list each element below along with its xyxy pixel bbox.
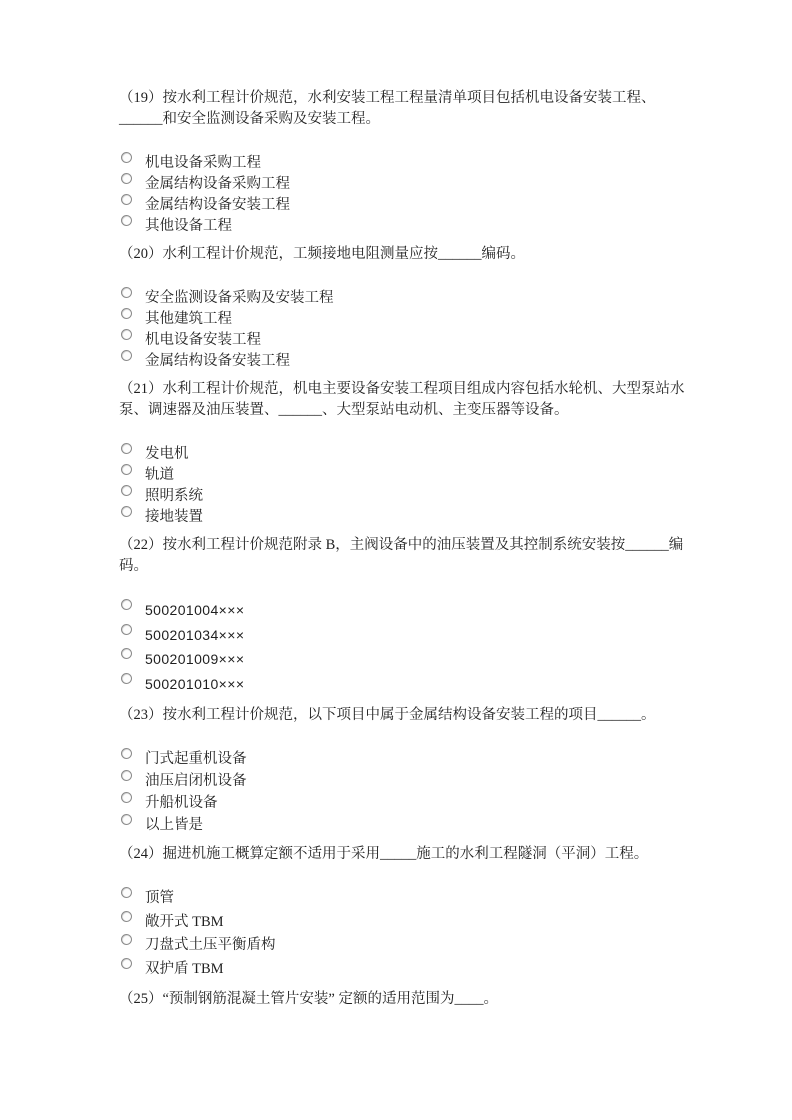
radio-button[interactable]	[121, 173, 132, 184]
option-row[interactable]: 500201009×××	[119, 647, 737, 672]
option-row[interactable]: 金属结构设备采购工程	[119, 172, 737, 193]
question-text: （24）掘进机施工概算定额不适用于采用_____施工的水利工程隧洞（平洞）工程。	[119, 844, 737, 865]
radio-button[interactable]	[121, 215, 132, 226]
question-22-options: 500201004××× 500201034××× 500201009××× 5…	[119, 598, 737, 696]
question-22: （22）按水利工程计价规范附录 B，主阀设备中的油压装置及其控制系统安装按___…	[119, 535, 737, 696]
option-label[interactable]: 敞开式 TBM	[145, 910, 224, 930]
question-text: （20）水利工程计价规范，工频接地电阻测量应按______编码。	[119, 244, 737, 265]
option-label[interactable]: 升船机设备	[145, 791, 218, 811]
option-row[interactable]: 刀盘式土压平衡盾构	[119, 933, 737, 957]
question-text: （19）按水利工程计价规范，水利安装工程工程量清单项目包括机电设备安装工程、 _…	[119, 88, 737, 130]
option-label[interactable]: 500201009×××	[145, 647, 244, 667]
option-row[interactable]: 其他设备工程	[119, 214, 737, 235]
question-20: （20）水利工程计价规范，工频接地电阻测量应按______编码。 安全监测设备采…	[119, 244, 737, 370]
option-row[interactable]: 以上皆是	[119, 813, 737, 835]
option-label[interactable]: 500201034×××	[145, 623, 244, 643]
question-21-options: 发电机 轨道 照明系统 接地装置	[119, 442, 737, 526]
option-row[interactable]: 机电设备采购工程	[119, 151, 737, 172]
radio-button[interactable]	[121, 443, 132, 454]
option-label[interactable]: 双护盾 TBM	[145, 957, 224, 977]
option-label[interactable]: 机电设备采购工程	[145, 151, 261, 171]
radio-button[interactable]	[121, 770, 132, 781]
option-row[interactable]: 安全监测设备采购及安装工程	[119, 286, 737, 307]
radio-button[interactable]	[121, 624, 132, 635]
question-text: （25）“预制钢筋混凝土管片安装” 定额的适用范围为____。	[119, 989, 737, 1010]
question-text: （21）水利工程计价规范，机电主要设备安装工程项目组成内容包括水轮机、大型泵站水…	[119, 379, 737, 421]
option-row[interactable]: 顶管	[119, 886, 737, 910]
option-label[interactable]: 顶管	[145, 886, 174, 906]
option-label[interactable]: 500201010×××	[145, 672, 244, 692]
option-label[interactable]: 发电机	[145, 442, 189, 462]
option-row[interactable]: 金属结构设备安装工程	[119, 349, 737, 370]
option-row[interactable]: 500201004×××	[119, 598, 737, 623]
option-row[interactable]: 其他建筑工程	[119, 307, 737, 328]
question-24-options: 顶管 敞开式 TBM 刀盘式土压平衡盾构 双护盾 TBM	[119, 886, 737, 980]
option-label[interactable]: 500201004×××	[145, 598, 244, 618]
option-label[interactable]: 金属结构设备采购工程	[145, 172, 290, 192]
question-text: （22）按水利工程计价规范附录 B，主阀设备中的油压装置及其控制系统安装按___…	[119, 535, 737, 577]
question-text: （23）按水利工程计价规范，以下项目中属于金属结构设备安装工程的项目______…	[119, 705, 737, 726]
radio-button[interactable]	[121, 506, 132, 517]
option-row[interactable]: 双护盾 TBM	[119, 957, 737, 981]
option-label[interactable]: 以上皆是	[145, 813, 203, 833]
option-label[interactable]: 金属结构设备安装工程	[145, 349, 290, 369]
radio-button[interactable]	[121, 350, 132, 361]
option-row[interactable]: 敞开式 TBM	[119, 910, 737, 934]
question-19: （19）按水利工程计价规范，水利安装工程工程量清单项目包括机电设备安装工程、 _…	[119, 88, 737, 235]
option-label[interactable]: 安全监测设备采购及安装工程	[145, 286, 334, 306]
option-row[interactable]: 金属结构设备安装工程	[119, 193, 737, 214]
option-label[interactable]: 机电设备安装工程	[145, 328, 261, 348]
option-label[interactable]: 其他设备工程	[145, 214, 232, 234]
radio-button[interactable]	[121, 308, 132, 319]
option-row[interactable]: 机电设备安装工程	[119, 328, 737, 349]
radio-button[interactable]	[121, 887, 132, 898]
option-label[interactable]: 金属结构设备安装工程	[145, 193, 290, 213]
radio-button[interactable]	[121, 814, 132, 825]
option-row[interactable]: 500201010×××	[119, 672, 737, 697]
option-label[interactable]: 轨道	[145, 463, 174, 483]
radio-button[interactable]	[121, 911, 132, 922]
radio-button[interactable]	[121, 287, 132, 298]
option-label[interactable]: 照明系统	[145, 484, 203, 504]
question-23-options: 门式起重机设备 油压启闭机设备 升船机设备 以上皆是	[119, 747, 737, 835]
radio-button[interactable]	[121, 648, 132, 659]
radio-button[interactable]	[121, 792, 132, 803]
option-row[interactable]: 发电机	[119, 442, 737, 463]
question-23: （23）按水利工程计价规范，以下项目中属于金属结构设备安装工程的项目______…	[119, 705, 737, 835]
radio-button[interactable]	[121, 194, 132, 205]
option-row[interactable]: 照明系统	[119, 484, 737, 505]
radio-button[interactable]	[121, 599, 132, 610]
option-label[interactable]: 门式起重机设备	[145, 747, 247, 767]
radio-button[interactable]	[121, 464, 132, 475]
radio-button[interactable]	[121, 329, 132, 340]
radio-button[interactable]	[121, 673, 132, 684]
option-label[interactable]: 刀盘式土压平衡盾构	[145, 933, 276, 953]
option-label[interactable]: 接地装置	[145, 505, 203, 525]
question-24: （24）掘进机施工概算定额不适用于采用_____施工的水利工程隧洞（平洞）工程。…	[119, 844, 737, 980]
radio-button[interactable]	[121, 748, 132, 759]
question-25: （25）“预制钢筋混凝土管片安装” 定额的适用范围为____。	[119, 989, 737, 1010]
option-row[interactable]: 升船机设备	[119, 791, 737, 813]
option-row[interactable]: 门式起重机设备	[119, 747, 737, 769]
option-row[interactable]: 油压启闭机设备	[119, 769, 737, 791]
question-19-options: 机电设备采购工程 金属结构设备采购工程 金属结构设备安装工程 其他设备工程	[119, 151, 737, 235]
quiz-page: （19）按水利工程计价规范，水利安装工程工程量清单项目包括机电设备安装工程、 _…	[0, 0, 792, 1120]
radio-button[interactable]	[121, 934, 132, 945]
option-row[interactable]: 轨道	[119, 463, 737, 484]
option-row[interactable]: 接地装置	[119, 505, 737, 526]
question-20-options: 安全监测设备采购及安装工程 其他建筑工程 机电设备安装工程 金属结构设备安装工程	[119, 286, 737, 370]
radio-button[interactable]	[121, 958, 132, 969]
option-row[interactable]: 500201034×××	[119, 623, 737, 648]
option-label[interactable]: 其他建筑工程	[145, 307, 232, 327]
radio-button[interactable]	[121, 485, 132, 496]
question-21: （21）水利工程计价规范，机电主要设备安装工程项目组成内容包括水轮机、大型泵站水…	[119, 379, 737, 526]
option-label[interactable]: 油压启闭机设备	[145, 769, 247, 789]
radio-button[interactable]	[121, 152, 132, 163]
